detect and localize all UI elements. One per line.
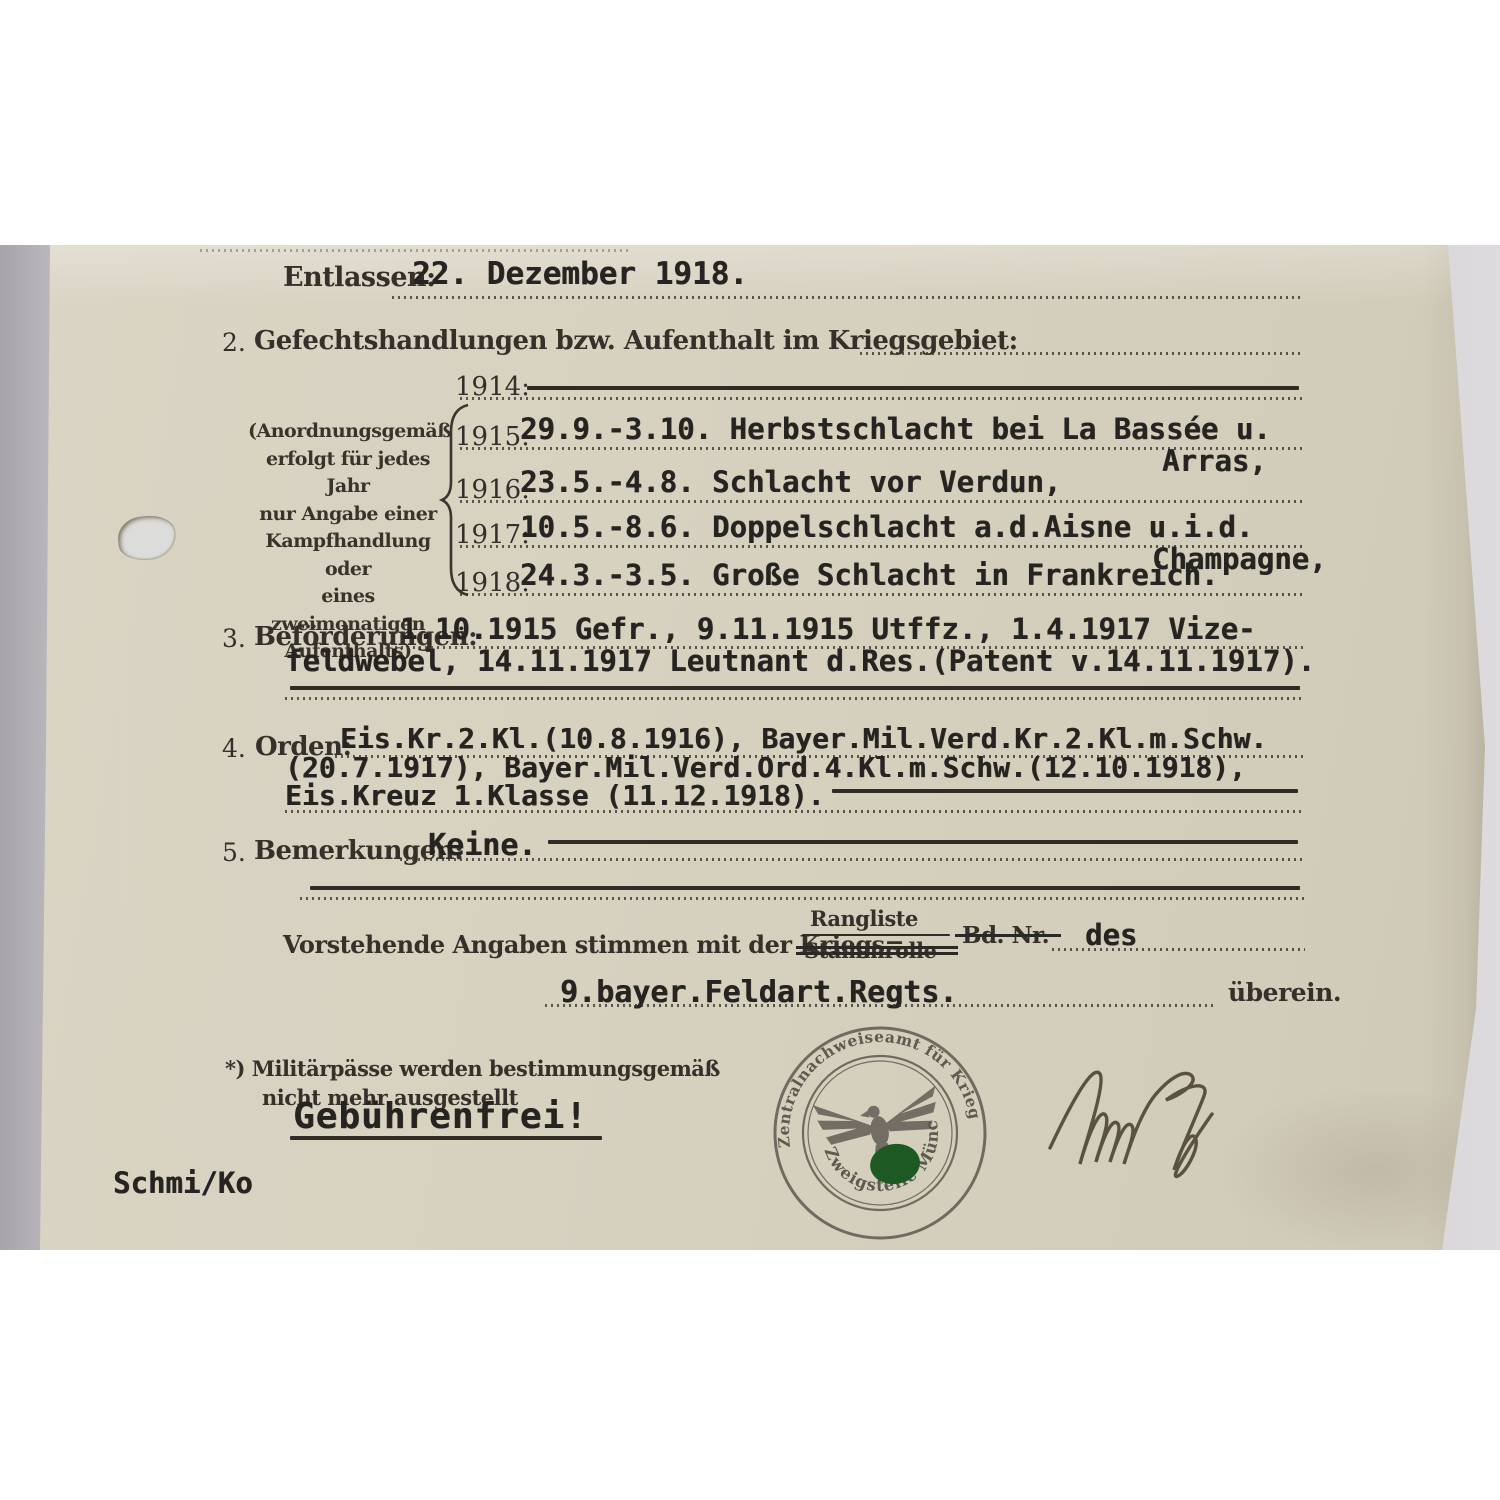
year-1915-entry: 29.9.-3.10. Herbstschlacht bei La Bassée… bbox=[520, 412, 1271, 446]
year-1914-rule bbox=[460, 397, 1302, 400]
section4-rule2 bbox=[285, 810, 1305, 813]
year-1916-entry: 23.5.-4.8. Schlacht vor Verdun, bbox=[520, 465, 1061, 499]
des-value: des bbox=[1085, 918, 1137, 952]
signature-stroke bbox=[1050, 1072, 1212, 1176]
section5-closing-rule bbox=[300, 897, 1305, 900]
section4-number: 4. bbox=[222, 734, 246, 763]
year-1918-rule bbox=[460, 593, 1302, 596]
section5-number: 5. bbox=[222, 838, 246, 867]
section3-line2: feldwebel, 14.11.1917 Leutnant d.Res.(Pa… bbox=[285, 644, 1315, 678]
year-1914-strike bbox=[527, 386, 1299, 390]
confirmation-option-stammrolle: Stammrolle bbox=[804, 938, 936, 963]
side-note-line: (Anordnungsgemäß bbox=[248, 418, 448, 446]
entlassen-value: 22. Dezember 1918. bbox=[412, 256, 748, 292]
clerk-initials: Schmi/Ko bbox=[113, 1166, 253, 1200]
year-1916-rule bbox=[460, 500, 1302, 503]
section2-number: 2. bbox=[222, 328, 246, 357]
year-1918-entry: 24.3.-3.5. Große Schlacht in Frankreich. bbox=[520, 558, 1218, 592]
entlassen-rule bbox=[392, 296, 1304, 299]
fraction-bar bbox=[802, 934, 950, 936]
side-note-line: Kampfhandlung oder bbox=[248, 528, 448, 583]
document-photo: Entlassen: 22. Dezember 1918. 2. Gefecht… bbox=[0, 0, 1500, 1500]
signature bbox=[1040, 1052, 1270, 1192]
side-note-line: erfolgt für jedes Jahr bbox=[248, 446, 448, 501]
year-1915-entry-cont: Arras, bbox=[1162, 444, 1267, 478]
section3-line1: 1.10.1915 Gefr., 9.11.1915 Utffz., 1.4.1… bbox=[400, 612, 1256, 646]
section3-closing-rule bbox=[285, 697, 1305, 700]
stammrolle-strike-2 bbox=[796, 952, 958, 955]
section5-strike-line bbox=[548, 840, 1298, 844]
section2-rule bbox=[860, 352, 1302, 355]
fee-stamp-text: Gebührenfrei! bbox=[293, 1096, 588, 1137]
side-note-line: nur Angabe einer bbox=[248, 501, 448, 529]
section4-strike-line bbox=[832, 789, 1298, 793]
fee-stamp-underline bbox=[290, 1136, 602, 1140]
section5-closing-line bbox=[310, 886, 1300, 890]
section5-rule bbox=[400, 858, 1305, 861]
confirmation-option-rangliste: Rangliste bbox=[810, 906, 918, 931]
bd-nr-strike bbox=[955, 934, 1061, 937]
footnote-line1: *) Militärpässe werden bestimmungsgemäß bbox=[225, 1056, 720, 1081]
section4-line3: Eis.Kreuz 1.Klasse (11.12.1918). bbox=[285, 779, 824, 812]
top-edge-dotted-rule bbox=[200, 249, 630, 252]
year-1917-entry: 10.5.-8.6. Doppelschlacht a.d.Aisne u.i.… bbox=[520, 510, 1253, 544]
confirmation-suffix: überein. bbox=[1228, 978, 1341, 1007]
stammrolle-strike-1 bbox=[796, 946, 958, 949]
office-stamp: Zentralnachweiseamt für Kriegerverluste … bbox=[737, 990, 1023, 1276]
section3-closing-line bbox=[290, 686, 1300, 690]
confirmation-rule1 bbox=[1052, 948, 1305, 951]
section3-number: 3. bbox=[222, 624, 246, 653]
